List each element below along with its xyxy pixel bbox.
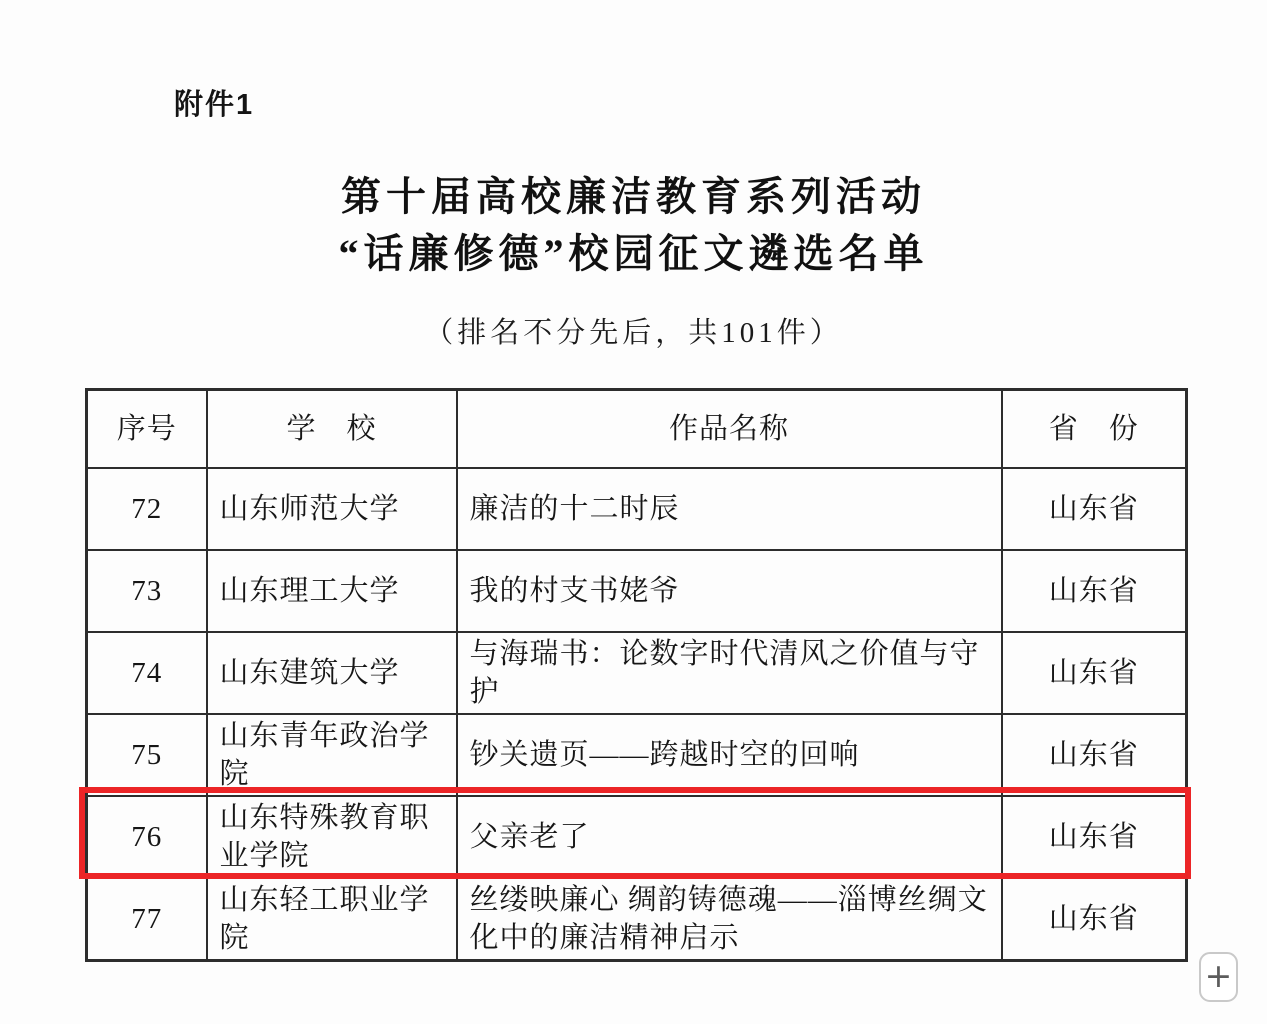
attachment-label: 附件1 [174, 82, 254, 123]
cell-province: 山东省 [1002, 796, 1187, 878]
cell-work: 父亲老了 [457, 796, 1002, 878]
document-title-line1: 第十届高校廉洁教育系列活动 [0, 168, 1267, 225]
cell-no: 73 [87, 550, 207, 632]
document-title-line2: “话廉修德”校园征文遴选名单 [0, 225, 1267, 282]
cell-school: 山东理工大学 [207, 550, 457, 632]
cell-province: 山东省 [1002, 632, 1187, 714]
document-page: 附件1 第十届高校廉洁教育系列活动 “话廉修德”校园征文遴选名单 （排名不分先后… [0, 0, 1267, 1024]
plus-icon: + [1205, 959, 1233, 992]
selection-table: 序号 学 校 作品名称 省 份 72 山东师范大学 廉洁的十二时辰 山东省 73… [85, 388, 1188, 962]
cell-no: 72 [87, 468, 207, 550]
col-header-province: 省 份 [1002, 390, 1187, 468]
cell-province: 山东省 [1002, 878, 1187, 961]
cell-no: 77 [87, 878, 207, 961]
document-subtitle: （排名不分先后，共101件） [0, 310, 1267, 351]
cell-province: 山东省 [1002, 714, 1187, 796]
cell-no: 76 [87, 796, 207, 878]
cell-work: 丝缕映廉心 绸韵铸德魂——淄博丝绸文化中的廉洁精神启示 [457, 878, 1002, 961]
selection-table-wrap: 序号 学 校 作品名称 省 份 72 山东师范大学 廉洁的十二时辰 山东省 73… [85, 388, 1185, 962]
table-row-highlighted: 76 山东特殊教育职业学院 父亲老了 山东省 [87, 796, 1187, 878]
table-row: 73 山东理工大学 我的村支书姥爷 山东省 [87, 550, 1187, 632]
table-header-row: 序号 学 校 作品名称 省 份 [87, 390, 1187, 468]
table-row: 74 山东建筑大学 与海瑞书：论数字时代清风之价值与守护 山东省 [87, 632, 1187, 714]
table-row: 77 山东轻工职业学院 丝缕映廉心 绸韵铸德魂——淄博丝绸文化中的廉洁精神启示 … [87, 878, 1187, 961]
document-title: 第十届高校廉洁教育系列活动 “话廉修德”校园征文遴选名单 [0, 168, 1267, 282]
col-header-school: 学 校 [207, 390, 457, 468]
cell-no: 74 [87, 632, 207, 714]
cell-work: 廉洁的十二时辰 [457, 468, 1002, 550]
cell-school: 山东青年政治学院 [207, 714, 457, 796]
cell-school: 山东特殊教育职业学院 [207, 796, 457, 878]
cell-school: 山东建筑大学 [207, 632, 457, 714]
cell-work: 我的村支书姥爷 [457, 550, 1002, 632]
zoom-in-button[interactable]: + [1199, 952, 1238, 1002]
cell-work: 与海瑞书：论数字时代清风之价值与守护 [457, 632, 1002, 714]
cell-no: 75 [87, 714, 207, 796]
table-row: 72 山东师范大学 廉洁的十二时辰 山东省 [87, 468, 1187, 550]
col-header-work: 作品名称 [457, 390, 1002, 468]
cell-province: 山东省 [1002, 550, 1187, 632]
col-header-no: 序号 [87, 390, 207, 468]
cell-province: 山东省 [1002, 468, 1187, 550]
cell-school: 山东师范大学 [207, 468, 457, 550]
cell-work: 钞关遗页——跨越时空的回响 [457, 714, 1002, 796]
cell-school: 山东轻工职业学院 [207, 878, 457, 961]
table-row: 75 山东青年政治学院 钞关遗页——跨越时空的回响 山东省 [87, 714, 1187, 796]
